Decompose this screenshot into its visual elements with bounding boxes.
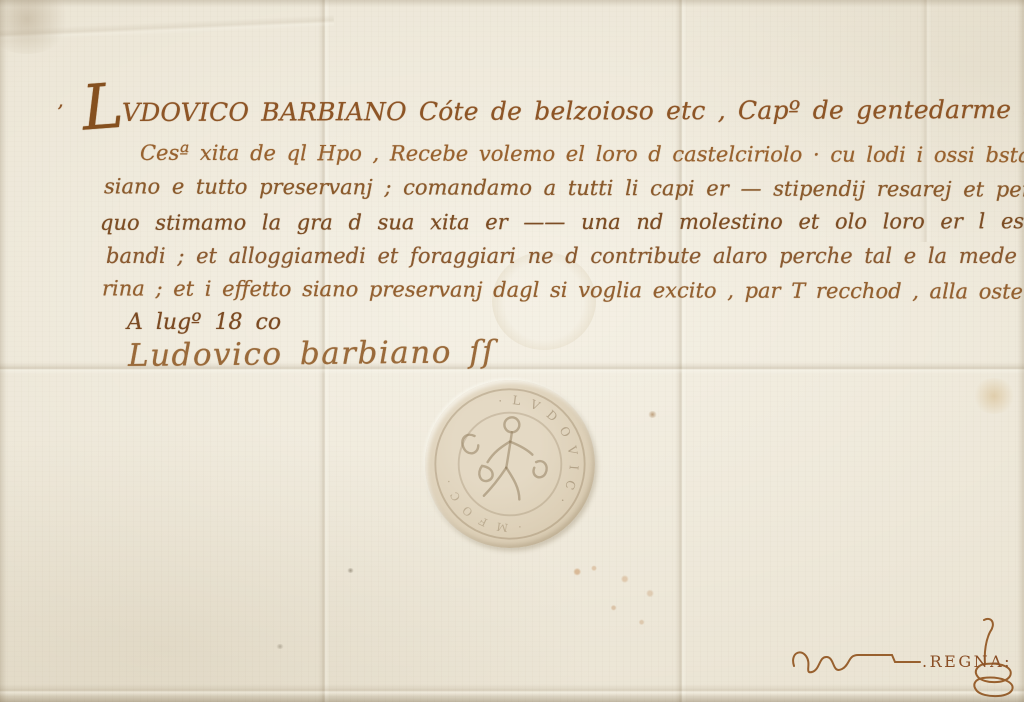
docket-label: .REGNA: [922,652,1012,671]
svg-text:· M F O C ·: · M F O C · [442,475,523,534]
manuscript-line-6: rina ; et i effetto siano preservanj dag… [102,276,1023,303]
seal-inscription-lower: · M F O C · [442,475,523,534]
yellow-stain [972,378,1016,414]
knight-figure [462,417,546,499]
regna-docket: .REGNA: [788,614,1020,702]
corner-stain [0,0,72,54]
decorated-initial-L: L [80,75,126,140]
ink-blot [648,411,657,418]
seal-engraving: · L V D O V I C · · M F O C · [425,380,595,548]
manuscript-paper: ’ LVDOVICO BARBIANO Cóte de belzoioso et… [0,0,1024,702]
manuscript-line-3: siano e tutto preservanj ; comandamo a t… [104,174,1024,201]
margin-ink-mark: ’ [57,100,63,124]
manuscript-line-2: Cesª xita de ql Hpo , Recebe volemo el l… [140,141,1024,167]
knot-loop-lower [974,678,1012,697]
date-line: A lugº 18 co [127,310,281,335]
manuscript-line-5: bandi ; et alloggiamedi et foraggiari ne… [106,244,1017,268]
signature: Ludovico barbiano ſſ [128,334,496,374]
foxing-freckles [552,552,692,642]
dark-speck [276,644,284,649]
manuscript-line-opening: LVDOVICO BARBIANO Cóte de belzoioso etc … [122,94,1024,127]
dark-speck [347,568,354,573]
top-left-crease [0,15,334,42]
embossed-paper-seal: · L V D O V I C · · M F O C · [425,380,595,548]
opening-line-text: VDOVICO BARBIANO Cóte de belzoioso etc ,… [122,94,1024,127]
paraph-flourish [793,652,920,672]
manuscript-line-4: quo stimamo la gra d sua xita er —— una … [100,209,1024,235]
